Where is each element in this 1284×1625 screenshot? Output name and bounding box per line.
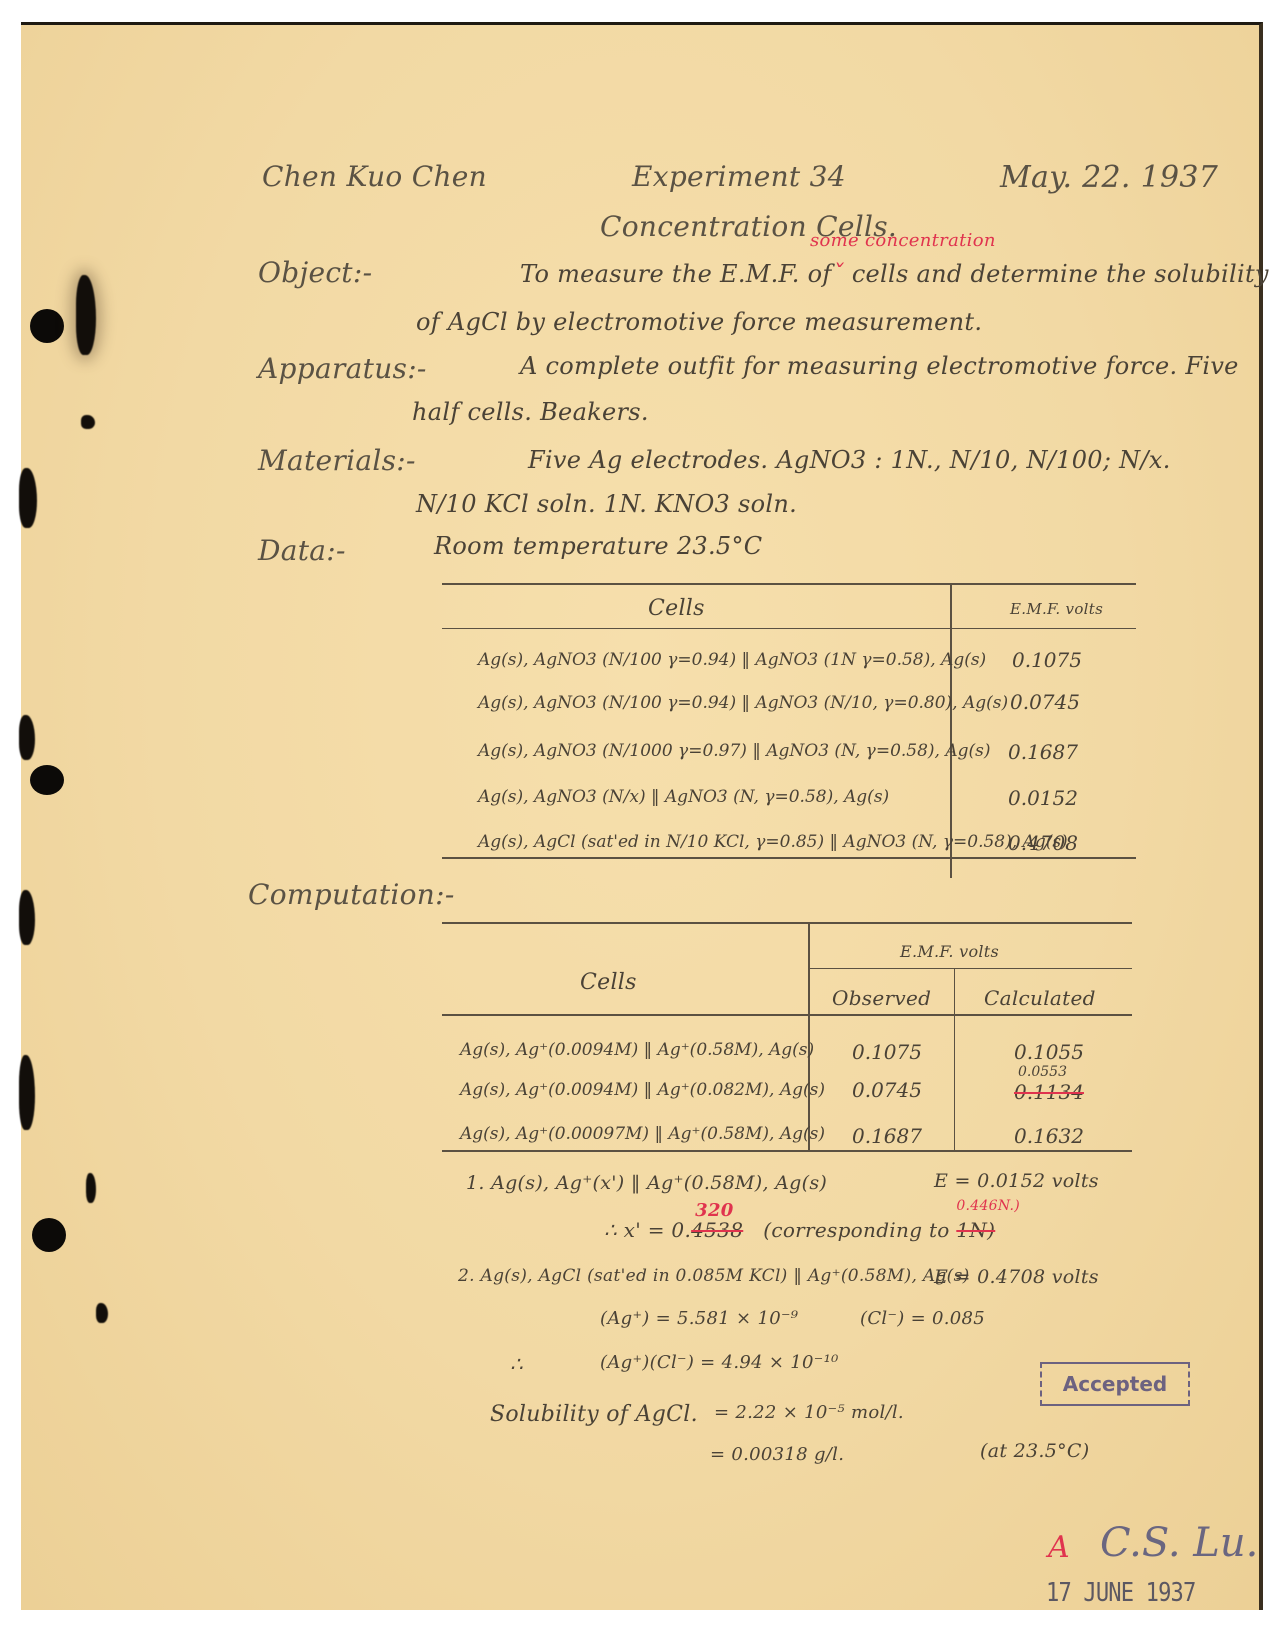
- calculated-correction: 0.0553: [1018, 1064, 1067, 1080]
- step1-corresponding: (corresponding to: [763, 1218, 949, 1242]
- emf-value: 0.0745: [1010, 690, 1080, 714]
- materials-line-1: Five Ag electrodes. AgNO3 : 1N., N/10, N…: [528, 446, 1171, 474]
- student-name: Chen Kuo Chen: [262, 160, 487, 193]
- object-line-1-prefix: To measure the E.M.F. of: [520, 260, 832, 288]
- step1-result: ∴ x' = 0.3204538 (corresponding to 0.446…: [604, 1218, 995, 1242]
- table-row: Ag(s), Ag⁺(0.0094M) ‖ Ag⁺(0.58M), Ag(s): [460, 1040, 814, 1060]
- grade-mark: A: [1048, 1530, 1070, 1565]
- computation-label: Computation:-: [248, 878, 455, 911]
- therefore-symbol: ∴: [510, 1352, 523, 1376]
- room-temperature: Room temperature 23.5°C: [434, 532, 762, 560]
- step1-result-struck: 4538: [691, 1218, 743, 1242]
- object-line-1: To measure the E.M.F. ofˇ cells and dete…: [520, 260, 1269, 288]
- emf-value: 0.1075: [1012, 648, 1082, 672]
- data-label: Data:-: [258, 534, 346, 567]
- burn-mark: [19, 1055, 35, 1130]
- calculated-value: 0.1632: [1014, 1124, 1084, 1148]
- comp-header-cells: Cells: [580, 970, 637, 995]
- step2-emf: E = 0.4708 volts: [934, 1266, 1099, 1288]
- table-row: Ag(s), AgNO3 (N/1000 γ=0.97) ‖ AgNO3 (N,…: [478, 741, 991, 761]
- observed-value: 0.1687: [852, 1124, 922, 1148]
- step1-result-prefix: ∴ x' = 0.: [604, 1218, 691, 1242]
- table-row: Ag(s), Ag⁺(0.00097M) ‖ Ag⁺(0.58M), Ag(s): [460, 1124, 825, 1144]
- observed-value: 0.0745: [852, 1078, 922, 1102]
- table-row: Ag(s), AgNO3 (N/100 γ=0.94) ‖ AgNO3 (1N …: [478, 650, 986, 670]
- object-line-1-suffix: cells and determine the solubility: [852, 260, 1269, 288]
- date-stamp: 17 JUNE 1937: [1046, 1578, 1195, 1608]
- apparatus-label: Apparatus:-: [258, 352, 427, 385]
- emf-value: 0.0152: [1008, 786, 1078, 810]
- step1-result-correction: 320: [695, 1200, 733, 1221]
- burn-mark: [81, 415, 95, 429]
- cl-concentration: (Cl⁻) = 0.085: [860, 1308, 985, 1329]
- table-row: Ag(s), AgNO3 (N/100 γ=0.94) ‖ AgNO3 (N/1…: [478, 693, 1008, 713]
- apparatus-line-2: half cells. Beakers.: [412, 398, 649, 426]
- data-table-header-cells: Cells: [648, 596, 705, 621]
- step1-corresponding-struck: 1N): [956, 1218, 995, 1242]
- step1-corresponding-correction: 0.446N.): [956, 1198, 1020, 1214]
- calculated-value: 0.1055: [1014, 1040, 1084, 1064]
- table-row: Ag(s), AgNO3 (N/x) ‖ AgNO3 (N, γ=0.58), …: [478, 787, 889, 807]
- accepted-stamp: Accepted: [1040, 1362, 1190, 1406]
- burn-mark: [19, 890, 35, 945]
- materials-line-2: N/10 KCl soln. 1N. KNO3 soln.: [416, 490, 797, 518]
- data-table-header-emf: E.M.F. volts: [1010, 600, 1103, 618]
- materials-label: Materials:-: [258, 444, 416, 477]
- burn-mark: [19, 468, 37, 528]
- burn-mark: [76, 275, 96, 355]
- table-row: Ag(s), AgCl (sat'ed in N/10 KCl, γ=0.85)…: [478, 832, 1068, 852]
- binding-hole-1: [30, 309, 64, 343]
- comp-header-calculated: Calculated: [984, 986, 1096, 1010]
- burn-mark: [96, 1303, 108, 1323]
- caret-mark: ˇ: [832, 260, 844, 288]
- binding-hole-2: [30, 765, 64, 795]
- binding-hole-3: [32, 1218, 66, 1252]
- grader-signature: C.S. Lu.: [1100, 1520, 1258, 1566]
- experiment-number: Experiment 34: [632, 160, 846, 193]
- object-label: Object:-: [258, 256, 372, 289]
- emf-value: 0.1687: [1008, 740, 1078, 764]
- calculated-struck: 0.1134: [1014, 1080, 1084, 1104]
- temperature-note: (at 23.5°C): [980, 1440, 1089, 1462]
- object-insertion: some concentration: [810, 230, 996, 251]
- solubility-mol: = 2.22 × 10⁻⁵ mol/l.: [714, 1402, 904, 1423]
- apparatus-line-1: A complete outfit for measuring electrom…: [520, 352, 1239, 380]
- burn-mark: [19, 715, 35, 760]
- step2-equation: 2. Ag(s), AgCl (sat'ed in 0.085M KCl) ‖ …: [458, 1266, 970, 1286]
- object-line-2: of AgCl by electromotive force measureme…: [416, 308, 982, 336]
- ag-concentration: (Ag⁺) = 5.581 × 10⁻⁹: [600, 1308, 798, 1329]
- table-row: Ag(s), Ag⁺(0.0094M) ‖ Ag⁺(0.082M), Ag(s): [460, 1080, 825, 1100]
- emf-value: 0.4708: [1008, 831, 1078, 855]
- step1-emf: E = 0.0152 volts: [934, 1170, 1099, 1192]
- solubility-label: Solubility of AgCl.: [490, 1402, 698, 1427]
- solubility-grams: = 0.00318 g/l.: [710, 1444, 844, 1465]
- comp-header-emf: E.M.F. volts: [900, 942, 999, 961]
- comp-header-observed: Observed: [832, 986, 931, 1010]
- experiment-date: May. 22. 1937: [1000, 160, 1218, 195]
- observed-value: 0.1075: [852, 1040, 922, 1064]
- solubility-product: (Ag⁺)(Cl⁻) = 4.94 × 10⁻¹⁰: [600, 1352, 839, 1373]
- step1-equation: 1. Ag(s), Ag⁺(x') ‖ Ag⁺(0.58M), Ag(s): [466, 1172, 827, 1194]
- burn-mark: [86, 1173, 96, 1203]
